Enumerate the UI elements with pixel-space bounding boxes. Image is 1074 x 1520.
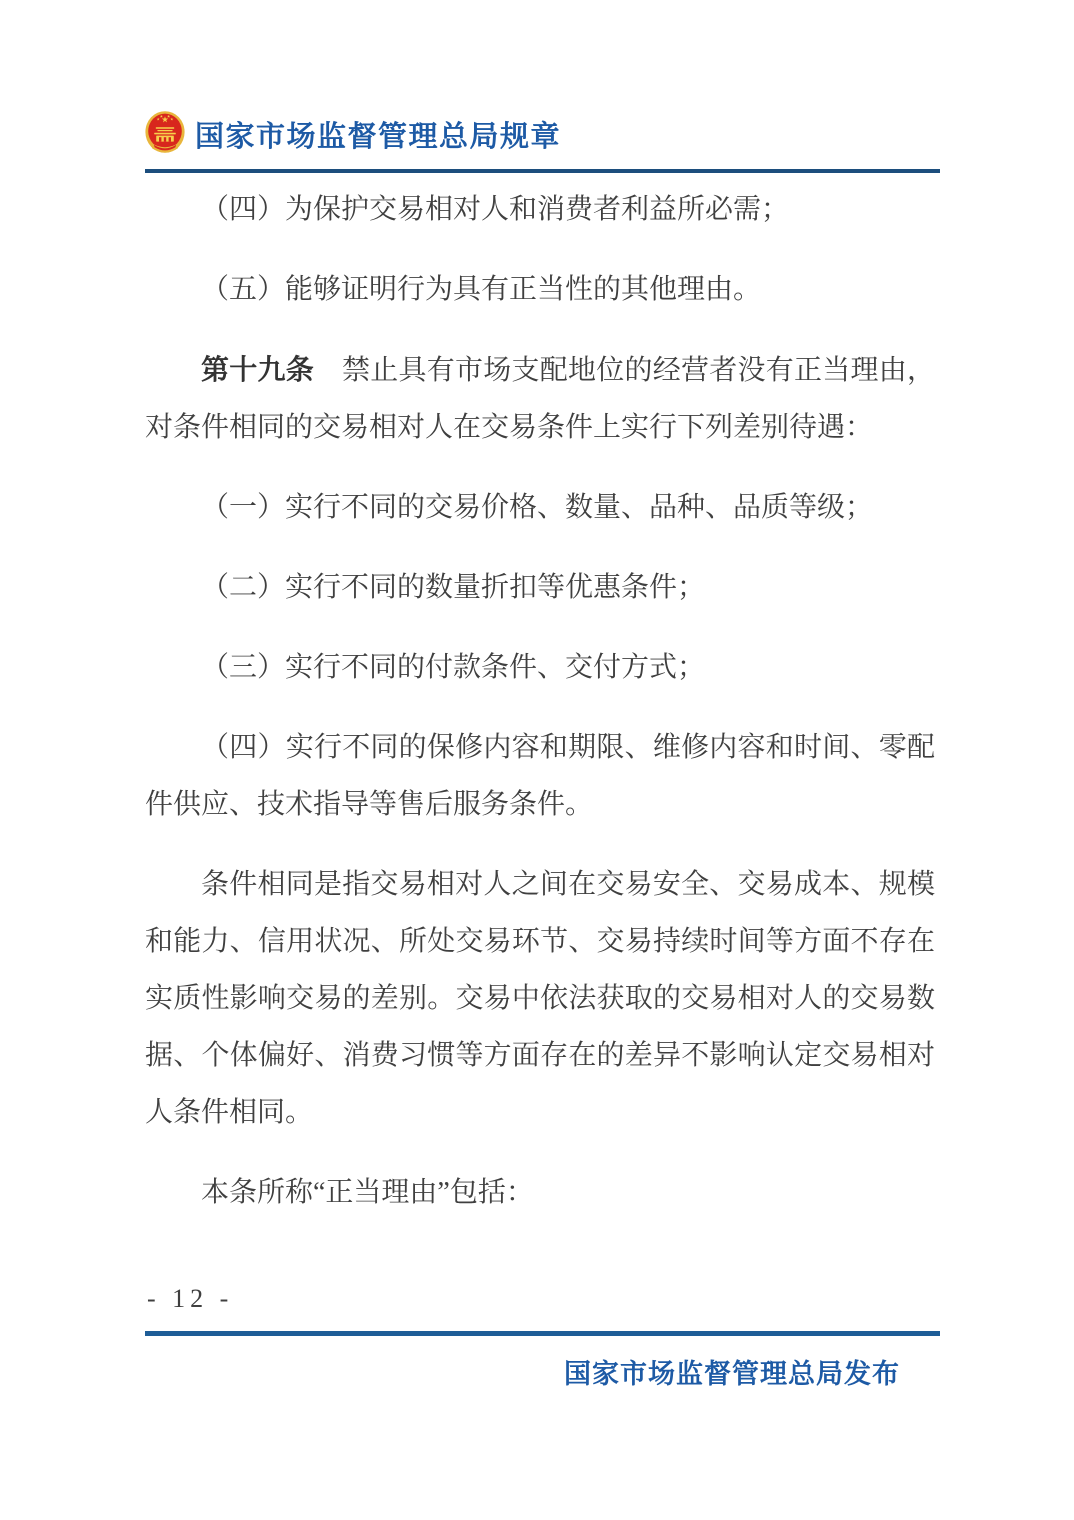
- page-header: 国家市场监督管理总局规章: [145, 110, 940, 158]
- body-paragraph: （四）为保护交易相对人和消费者利益所必需；: [145, 181, 935, 238]
- footer-publisher: 国家市场监督管理总局发布: [564, 1352, 900, 1391]
- body-paragraph: （二）实行不同的数量折扣等优惠条件；: [145, 559, 935, 616]
- body-paragraph: 条件相同是指交易相对人之间在交易安全、交易成本、规模和能力、信用状况、所处交易环…: [145, 856, 935, 1141]
- document-body: （四）为保护交易相对人和消费者利益所必需；（五）能够证明行为具有正当性的其他理由…: [145, 181, 935, 1221]
- footer-divider: [145, 1331, 940, 1336]
- body-paragraph: （四）实行不同的保修内容和期限、维修内容和时间、零配件供应、技术指导等售后服务条…: [145, 719, 935, 833]
- national-emblem-icon: [145, 110, 185, 158]
- body-paragraph: （一）实行不同的交易价格、数量、品种、品质等级；: [145, 479, 935, 536]
- body-paragraph: （五）能够证明行为具有正当性的其他理由。: [145, 261, 935, 318]
- page-number: - 12 -: [147, 1284, 233, 1314]
- body-paragraph: （三）实行不同的付款条件、交付方式；: [145, 639, 935, 696]
- document-page: 国家市场监督管理总局规章 （四）为保护交易相对人和消费者利益所必需；（五）能够证…: [0, 0, 1074, 1520]
- article-number: 第十九条: [201, 354, 314, 385]
- header-title: 国家市场监督管理总局规章: [195, 114, 561, 155]
- body-paragraph: 本条所称“正当理由”包括：: [145, 1164, 935, 1221]
- header-divider: [145, 169, 940, 173]
- body-paragraph: 第十九条禁止具有市场支配地位的经营者没有正当理由，对条件相同的交易相对人在交易条…: [145, 341, 935, 456]
